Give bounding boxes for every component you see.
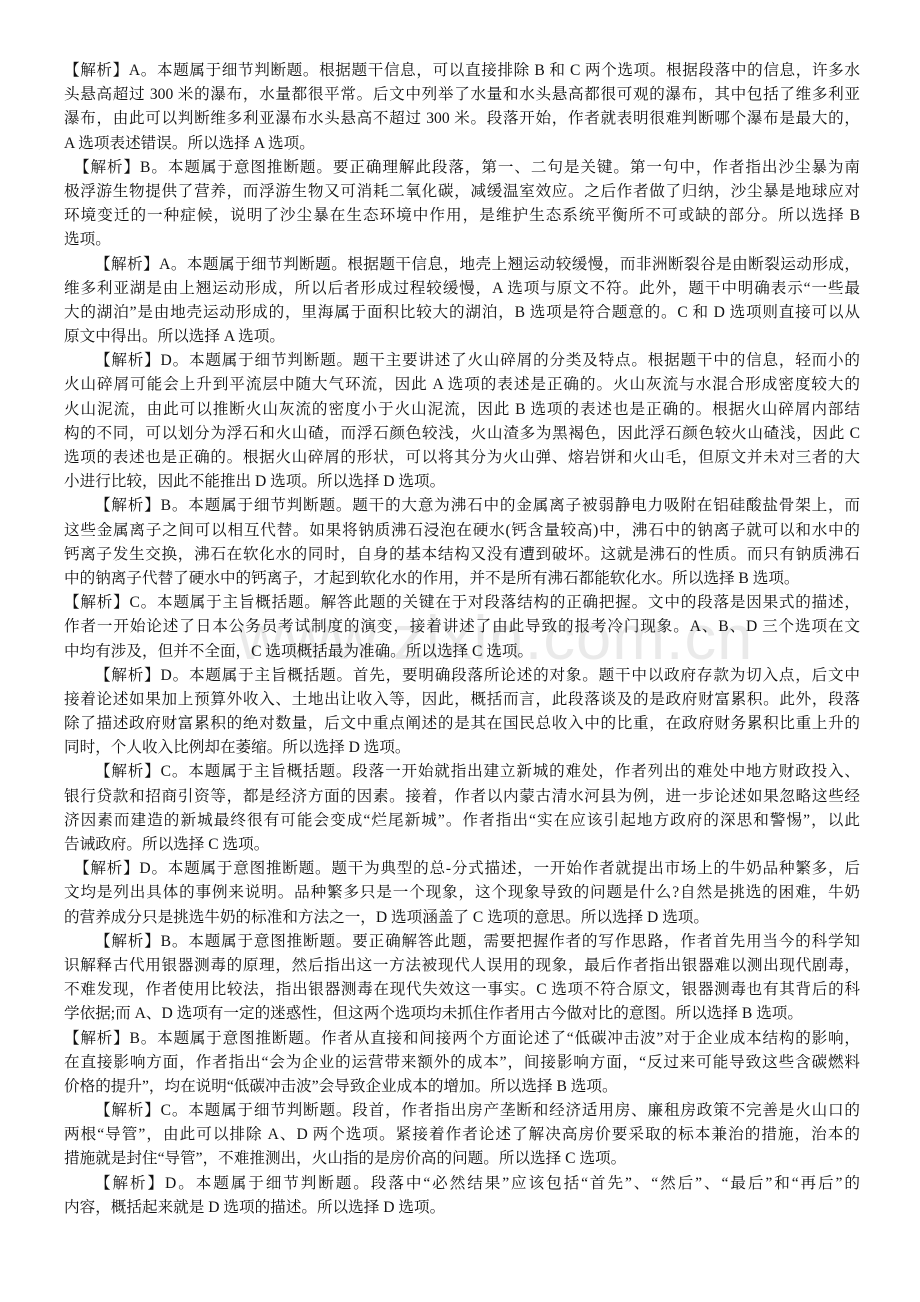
paragraph-line: 环境变迁的一种症候，说明了沙尘暴在生态环境中作用，是维护生态系统平衡所不可或缺的… — [64, 204, 860, 228]
paragraph-line: 【解析】B。本题属于意图推断题。作者从直接和间接两个方面论述了“低碳冲击波”对于… — [64, 1027, 860, 1051]
paragraph-line: 【解析】C。本题属于细节判断题。段首，作者指出房产垄断和经济适用房、廉租房政策不… — [64, 1099, 860, 1123]
explanation-paragraph-5: 【解析】B。本题属于细节判断题。题干的大意为沸石中的金属离子被弱静电力吸附在铝硅… — [64, 494, 860, 591]
paragraph-line: 【解析】D。本题属于主旨概括题。首先，要明确段落所论述的对象。题干中以政府存款为… — [64, 664, 860, 688]
paragraph-line: 学依据;而 A、D 选项有一定的迷惑性，但这两个选项均未抓住作者用古今做对比的意… — [64, 1002, 860, 1026]
paragraph-line: 济因素而建造的新城最终很有可能会变成“烂尾新城”。作者指出“实在应该引起地方政府… — [64, 809, 860, 833]
explanation-paragraph-10: 【解析】B。本题属于意图推断题。要正确解答此题，需要把握作者的写作思路，作者首先… — [64, 930, 860, 1027]
paragraph-line: 大的湖泊”是由地壳运动形成的，里海属于面积比较大的湖泊，B 选项是符合题意的。C… — [64, 301, 860, 325]
explanation-paragraph-13: 【解析】D。本题属于细节判断题。段落中“必然结果”应该包括“首先”、“然后”、“… — [64, 1172, 860, 1220]
paragraph-line: 不难发现，作者使用比较法，指出银器测毒在现代失效这一事实。C 选项不符合原文，银… — [64, 978, 860, 1002]
paragraph-line: 火山碎屑可能会上升到平流层中随大气环流，因此 A 选项的表述是正确的。火山灰流与… — [64, 373, 860, 397]
paragraph-line: 维多利亚湖是由上翘运动形成，所以后者形成过程较缓慢，A 选项与原文不符。此外，题… — [64, 277, 860, 301]
paragraph-line: 措施就是封住“导管”，不难推测出，火山指的是房价高的问题。所以选择 C 选项。 — [64, 1147, 860, 1171]
paragraph-line: 瀑布，由此可以判断维多利亚瀑布水头悬高不超过 300 米。段落开始，作者就表明很… — [64, 107, 860, 131]
paragraph-line: 在直接影响方面，作者指出“会为企业的运营带来额外的成本”，间接影响方面，“反过来… — [64, 1051, 860, 1075]
paragraph-line: 选项的表述也是正确的。根据火山碎屑的形状，可以将其分为火山弹、熔岩饼和火山毛，但… — [64, 446, 860, 470]
paragraph-line: 【解析】B。本题属于意图推断题。要正确理解此段落，第一、二句是关键。第一句中，作… — [64, 156, 860, 180]
paragraph-line: 告诫政府。所以选择 C 选项。 — [64, 833, 860, 857]
paragraph-line: 中的钠离子代替了硬水中的钙离子，才起到软化水的作用，并不是所有沸石都能软化水。所… — [64, 567, 860, 591]
answer-explanations-page: 【解析】A。本题属于细节判断题。根据题干信息，可以直接排除 B 和 C 两个选项… — [64, 59, 860, 1220]
paragraph-line: 火山泥流，由此可以推断火山灰流的密度小于火山泥流，因此 B 选项的表述也是正确的… — [64, 398, 860, 422]
explanation-paragraph-12: 【解析】C。本题属于细节判断题。段首，作者指出房产垄断和经济适用房、廉租房政策不… — [64, 1099, 860, 1172]
explanation-paragraph-3: 【解析】A。本题属于细节判断题。根据题干信息，地壳上翘运动较缓慢，而非洲断裂谷是… — [64, 253, 860, 350]
explanation-paragraph-1: 【解析】A。本题属于细节判断题。根据题干信息，可以直接排除 B 和 C 两个选项… — [64, 59, 860, 156]
paragraph-line: 原文中得出。所以选择 A 选项。 — [64, 325, 860, 349]
paragraph-line: 极浮游生物提供了营养，而浮游生物又可消耗二氧化碳，减缓温室效应。之后作者做了归纳… — [64, 180, 860, 204]
paragraph-line: 这些金属离子之间可以相互代替。如果将钠质沸石浸泡在硬水(钙含量较高)中，沸石中的… — [64, 519, 860, 543]
paragraph-line: 【解析】A。本题属于细节判断题。根据题干信息，可以直接排除 B 和 C 两个选项… — [64, 59, 860, 83]
explanation-paragraph-9: 【解析】D。本题属于意图推断题。题干为典型的总-分式描述，一开始作者就提出市场上… — [64, 857, 860, 930]
explanation-paragraph-8: 【解析】C。本题属于主旨概括题。段落一开始就指出建立新城的难处，作者列出的难处中… — [64, 760, 860, 857]
paragraph-line: A 选项表述错误。所以选择 A 选项。 — [64, 132, 860, 156]
explanation-paragraph-4: 【解析】D。本题属于细节判断题。题干主要讲述了火山碎屑的分类及特点。根据题干中的… — [64, 349, 860, 494]
paragraph-line: 【解析】B。本题属于细节判断题。题干的大意为沸石中的金属离子被弱静电力吸附在铝硅… — [64, 494, 860, 518]
paragraph-line: 的营养成分只是挑选牛奶的标准和方法之一，D 选项涵盖了 C 选项的意思。所以选择… — [64, 906, 860, 930]
paragraph-line: 钙离子发生交换，沸石在软化水的同时，自身的基本结构又没有遭到破坏。这就是沸石的性… — [64, 543, 860, 567]
paragraph-line: 【解析】C。本题属于主旨概括题。解答此题的关键在于对段落结构的正确把握。文中的段… — [64, 591, 860, 615]
explanation-paragraph-7: 【解析】D。本题属于主旨概括题。首先，要明确段落所论述的对象。题干中以政府存款为… — [64, 664, 860, 761]
paragraph-line: 选项。 — [64, 228, 860, 252]
paragraph-line: 头悬高超过 300 米的瀑布，水量都很平常。后文中列举了水量和水头悬高都很可观的… — [64, 83, 860, 107]
paragraph-line: 小进行比较，因此不能推出 D 选项。所以选择 D 选项。 — [64, 470, 860, 494]
paragraph-line: 识解释古代用银器测毒的原理，然后指出这一方法被现代人误用的现象，最后作者指出银器… — [64, 954, 860, 978]
paragraph-line: 【解析】D。本题属于意图推断题。题干为典型的总-分式描述，一开始作者就提出市场上… — [64, 857, 860, 881]
explanation-paragraph-11: 【解析】B。本题属于意图推断题。作者从直接和间接两个方面论述了“低碳冲击波”对于… — [64, 1027, 860, 1100]
paragraph-line: 【解析】D。本题属于细节判断题。题干主要讲述了火山碎屑的分类及特点。根据题干中的… — [64, 349, 860, 373]
paragraph-line: 同时，个人收入比例却在萎缩。所以选择 D 选项。 — [64, 736, 860, 760]
paragraph-line: 【解析】A。本题属于细节判断题。根据题干信息，地壳上翘运动较缓慢，而非洲断裂谷是… — [64, 253, 860, 277]
paragraph-line: 【解析】B。本题属于意图推断题。要正确解答此题，需要把握作者的写作思路，作者首先… — [64, 930, 860, 954]
paragraph-line: 构的不同，可以划分为浮石和火山碴，而浮石颜色较浅，火山渣多为黑褐色，因此浮石颜色… — [64, 422, 860, 446]
explanation-paragraph-6: 【解析】C。本题属于主旨概括题。解答此题的关键在于对段落结构的正确把握。文中的段… — [64, 591, 860, 664]
paragraph-line: 除了描述政府财富累积的绝对数量，后文中重点阐述的是其在国民总收入中的比重，在政府… — [64, 712, 860, 736]
paragraph-line: 中均有涉及，但并不全面，C 选项概括最为准确。所以选择 C 选项。 — [64, 640, 860, 664]
explanation-paragraph-2: 【解析】B。本题属于意图推断题。要正确理解此段落，第一、二句是关键。第一句中，作… — [64, 156, 860, 253]
paragraph-line: 两根“导管”，由此可以排除 A、D 两个选项。紧接着作者论述了解决高房价要采取的… — [64, 1123, 860, 1147]
paragraph-line: 价格的提升”，均在说明“低碳冲击波”会导致企业成本的增加。所以选择 B 选项。 — [64, 1075, 860, 1099]
paragraph-line: 文均是列出具体的事例来说明。品种繁多只是一个现象，这个现象导致的问题是什么?自然… — [64, 881, 860, 905]
paragraph-line: 作者一开始论述了日本公务员考试制度的演变，接着讲述了由此导致的报考冷门现象。A、… — [64, 615, 860, 639]
paragraph-line: 【解析】D。本题属于细节判断题。段落中“必然结果”应该包括“首先”、“然后”、“… — [64, 1172, 860, 1196]
paragraph-line: 内容，概括起来就是 D 选项的描述。所以选择 D 选项。 — [64, 1196, 860, 1220]
paragraph-line: 【解析】C。本题属于主旨概括题。段落一开始就指出建立新城的难处，作者列出的难处中… — [64, 760, 860, 784]
paragraph-line: 接着论述如果加上预算外收入、土地出让收入等，因此，概括而言，此段落谈及的是政府财… — [64, 688, 860, 712]
paragraph-line: 银行贷款和招商引资等，都是经济方面的因素。接着，作者以内蒙古清水河县为例，进一步… — [64, 785, 860, 809]
